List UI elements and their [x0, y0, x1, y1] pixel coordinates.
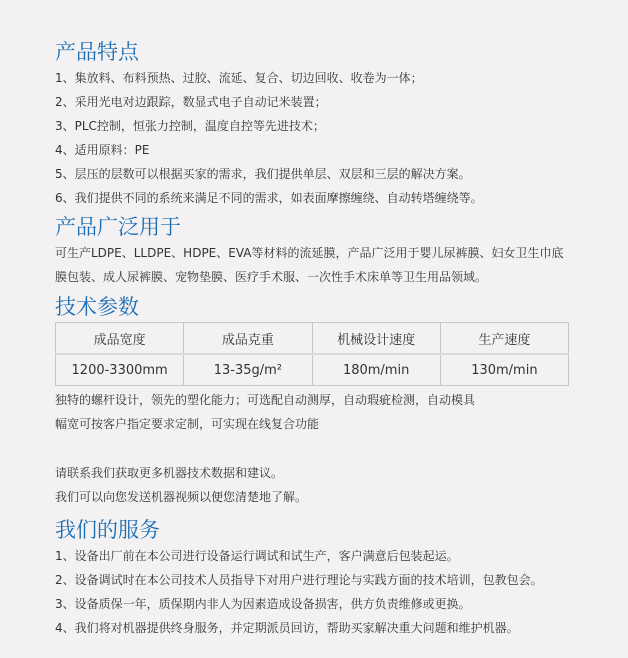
spec-note: 幅宽可按客户指定要求定制，可实现在线复合功能: [55, 412, 575, 436]
services-heading: 我们的服务: [55, 516, 575, 544]
specs-heading: 技术参数: [55, 293, 575, 321]
feature-item: 5、层压的层数可以根据买家的需求，我们提供单层、双层和三层的解决方案。: [55, 162, 575, 186]
header-production-speed: 生产速度: [440, 323, 568, 355]
cell-width: 1200-3300mm: [56, 354, 184, 386]
header-width: 成品宽度: [56, 323, 184, 355]
service-item: 1、设备出厂前在本公司进行设备运行调试和试生产，客户满意后包装起运。: [55, 544, 575, 568]
applications-text-line: 膜包装、成人尿裤膜、宠物垫膜、医疗手术服、一次性手术床单等卫生用品领域。: [55, 265, 575, 289]
specs-table: 成品宽度 成品克重 机械设计速度 生产速度 1200-3300mm 13-35g…: [55, 322, 569, 386]
features-section: 产品特点 1、集放料、布料预热、过胶、流延、复合、切边回收、收卷为一体； 2、采…: [55, 38, 575, 210]
contact-text: 请联系我们获取更多机器技术数据和建议。: [55, 461, 575, 485]
applications-text-line: 可生产LDPE、LLDPE、HDPE、EVA等材料的流延膜，产品广泛用于婴儿尿裤…: [55, 241, 575, 265]
header-weight: 成品克重: [184, 323, 312, 355]
services-section: 我们的服务 1、设备出厂前在本公司进行设备运行调试和试生产，客户满意后包装起运。…: [55, 516, 575, 640]
spec-note: 独特的螺杆设计，领先的塑化能力；可选配自动测厚，自动瑕疵检测，自动模具: [55, 388, 575, 412]
contact-text: 我们可以向您发送机器视频以便您清楚地了解。: [55, 485, 575, 509]
applications-section: 产品广泛用于 可生产LDPE、LLDPE、HDPE、EVA等材料的流延膜，产品广…: [55, 213, 575, 289]
product-page: 产品特点 1、集放料、布料预热、过胶、流延、复合、切边回收、收卷为一体； 2、采…: [55, 38, 575, 640]
cell-production-speed: 130m/min: [440, 354, 568, 386]
spacer: [55, 436, 575, 461]
cell-design-speed: 180m/min: [312, 354, 440, 386]
feature-item: 2、采用光电对边跟踪，数显式电子自动记米装置；: [55, 90, 575, 114]
feature-item: 4、适用原料：PE: [55, 138, 575, 162]
applications-heading: 产品广泛用于: [55, 213, 575, 241]
service-item: 2、设备调试时在本公司技术人员指导下对用户进行理论与实践方面的技术培训，包教包会…: [55, 568, 575, 592]
cell-weight: 13-35g/m²: [184, 354, 312, 386]
service-item: 3、设备质保一年，质保期内非人为因素造成设备损害，供方负责维修或更换。: [55, 592, 575, 616]
feature-item: 6、我们提供不同的系统来满足不同的需求，如表面摩擦缠绕、自动转塔缠绕等。: [55, 186, 575, 210]
feature-item: 1、集放料、布料预热、过胶、流延、复合、切边回收、收卷为一体；: [55, 66, 575, 90]
header-design-speed: 机械设计速度: [312, 323, 440, 355]
specs-table-header-row: 成品宽度 成品克重 机械设计速度 生产速度: [56, 323, 569, 355]
table-row: 1200-3300mm 13-35g/m² 180m/min 130m/min: [56, 354, 569, 386]
feature-item: 3、PLC控制，恒张力控制，温度自控等先进技术；: [55, 114, 575, 138]
service-item: 4、我们将对机器提供终身服务，并定期派员回访，帮助买家解决重大问题和维护机器。: [55, 616, 575, 640]
specs-section: 技术参数 成品宽度 成品克重 机械设计速度 生产速度 1200-3300mm 1…: [55, 293, 575, 509]
features-heading: 产品特点: [55, 38, 575, 66]
